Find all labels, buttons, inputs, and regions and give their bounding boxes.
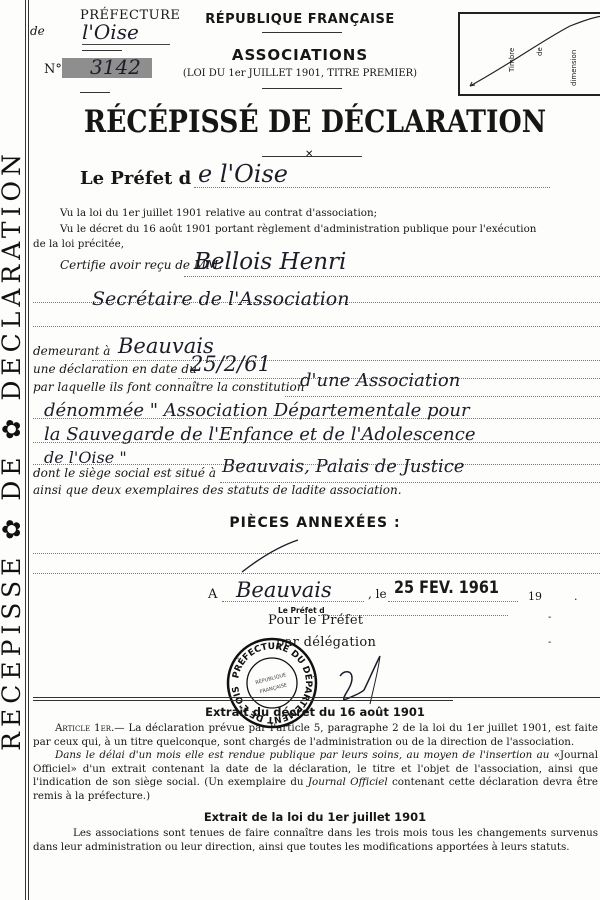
field-line (33, 326, 600, 327)
prefet-field[interactable]: e l'Oise (198, 160, 288, 188)
date-stamp[interactable]: 25 FEV. 1961 (394, 578, 499, 598)
preamble-line: Vu la loi du 1er juillet 1901 relative a… (60, 206, 377, 221)
republic-heading: RÉPUBLIQUE FRANÇAISE (200, 12, 400, 27)
number-field[interactable]: 3142 (90, 55, 141, 79)
preamble-line: de la loi précitée, (33, 237, 124, 252)
constitution-label: par laquelle ils font connaître la const… (33, 380, 305, 394)
dot: - (548, 637, 551, 648)
date-label: , le (368, 587, 387, 601)
journal-officiel: Journal Officiel (308, 776, 388, 788)
prefecture-de: de (30, 24, 45, 38)
constitution-field[interactable]: d'une Association (300, 370, 460, 391)
divider (262, 32, 342, 33)
stamp-curve-icon (460, 14, 600, 94)
divider (80, 92, 110, 93)
associations-heading: ASSOCIATIONS (200, 46, 400, 64)
divider (33, 697, 600, 698)
spine-rule (25, 0, 26, 900)
pieces-slash-mark[interactable] (240, 538, 300, 574)
field-line (33, 573, 600, 574)
pour-le-prefet: Pour le Préfet (268, 613, 363, 628)
loi-text-body: Les associations sont tenues de faire co… (33, 827, 598, 853)
prefet-label: Le Préfet d (80, 168, 191, 189)
field-line (92, 360, 600, 361)
ainsi-text: ainsi que deux exemplaires des statuts d… (33, 483, 402, 497)
document-title: RÉCÉPISSÉ DE DÉCLARATION (70, 104, 560, 140)
declarant-name-field[interactable]: Bellois Henri (194, 249, 346, 275)
place-field[interactable]: Beauvais (236, 578, 332, 602)
article-text: — La déclaration prévue par l'article 5,… (33, 722, 598, 748)
spine-label: RÉCÉPISSÉ ✿ DE ✿ DÉCLARATION (0, 0, 24, 900)
stamp-word: de (536, 47, 544, 56)
constitution-field[interactable]: la Sauvegarde de l'Enfance et de l'Adole… (44, 424, 476, 445)
pieces-heading: PIÈCES ANNEXÉES : (30, 515, 600, 531)
divider (262, 88, 342, 89)
article-label: Article 1er. (55, 722, 114, 734)
siege-label: dont le siège social est situé à (33, 466, 216, 480)
preamble-line: Vu le décret du 16 août 1901 portant règ… (60, 222, 536, 237)
spine-text: RÉCÉPISSÉ ✿ DE ✿ DÉCLARATION (0, 50, 24, 850)
ornament-icon: ✕ (305, 149, 313, 160)
tax-stamp-box: Timbre de dimension (458, 12, 600, 96)
demeurant-label: demeurant à (33, 344, 110, 358)
constitution-field[interactable]: de l'Oise " (44, 448, 127, 467)
divider (33, 700, 453, 701)
declaration-date-label: une déclaration en date du (33, 362, 197, 376)
spine-rule (28, 0, 29, 900)
field-line (33, 553, 600, 554)
number-label: N° (44, 62, 62, 77)
decret-heading: Extrait du décret du 16 août 1901 (30, 705, 600, 719)
stamp-word: Timbre (508, 48, 516, 72)
field-line (388, 601, 518, 602)
law-reference: (LOI DU 1er JUILLET 1901, TITRE PREMIER) (180, 68, 420, 79)
year-prefix: 19 (528, 590, 542, 603)
decret-article: Article 1er.— La déclaration prévue par … (33, 722, 598, 803)
signature-mark (330, 648, 410, 708)
dot: . (574, 590, 578, 603)
loi-heading: Extrait de la loi du 1er juillet 1901 (30, 810, 600, 824)
divider (82, 50, 122, 51)
declaration-date-field[interactable]: 25/2/61 (190, 352, 271, 376)
loi-text: Les associations sont tenues de faire co… (33, 827, 598, 854)
siege-field[interactable]: Beauvais, Palais de Justice (222, 456, 464, 477)
para2-italic: Dans le délai d'un mois elle est rendue … (55, 749, 549, 761)
field-line (184, 276, 600, 277)
constitution-field[interactable]: dénommée " Association Départementale po… (44, 400, 470, 421)
dot: - (548, 612, 551, 623)
declarant-role-field[interactable]: Secrétaire de l'Association (92, 288, 349, 310)
place-label: A (208, 587, 217, 602)
field-line (285, 396, 600, 397)
prefecture-field[interactable]: l'Oise (82, 20, 170, 45)
stamp-word: dimension (570, 50, 578, 86)
